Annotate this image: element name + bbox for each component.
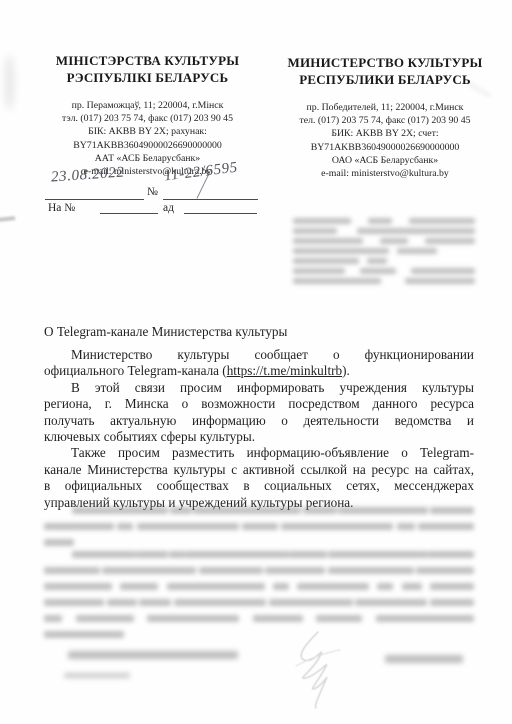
body-line: региона, г. Минска о возможности посредс… — [44, 396, 474, 412]
reply-date-underline — [184, 213, 257, 214]
ministry-title-by: МІНІСТЭРСТВА КУЛЬТУРЫ — [30, 52, 265, 69]
link-prefix-text: официального Telegram-канала ( — [44, 363, 227, 378]
signature-scribble — [266, 626, 366, 710]
handwritten-date: 23.08.2022 — [50, 164, 125, 186]
redacted-paragraph — [44, 507, 474, 555]
address-line: пр. Победителей, 11; 220004, г.Минск — [278, 101, 492, 114]
phone-line: тел. (017) 203 75 74, факс (017) 203 90 … — [278, 114, 492, 127]
body-line: в официальных сообществах в социальных с… — [44, 478, 474, 494]
body-line: получать актуальную информацию о деятель… — [44, 413, 474, 429]
date-underline — [45, 199, 144, 200]
bank-code-line: БІК: AKBB BY 2X; рахунак: — [30, 125, 265, 138]
letterhead-right-address: пр. Победителей, 11; 220004, г.Минск тел… — [278, 101, 492, 180]
address-line: пр. Пераможцаў, 11; 220004, г.Мінск — [30, 99, 265, 112]
body-line: ключевых событиях сферы культуры. — [44, 429, 474, 445]
ministry-title-by-line2: РЭСПУБЛІКІ БЕЛАРУСЬ — [30, 69, 265, 86]
body-line: канале Министерства культуры с активной … — [44, 462, 474, 478]
link-suffix-text: ). — [342, 363, 350, 378]
bank-name-line: ОАО «АСБ Беларусбанк» — [278, 154, 492, 167]
scan-smudge — [5, 55, 14, 110]
reply-date-label: ад — [163, 202, 174, 214]
reply-number-underline — [100, 213, 158, 214]
redacted-signature-contact — [64, 673, 130, 678]
account-number-line: BY71AKBB36049000026690000000 — [30, 139, 265, 152]
body-line-with-link: официального Telegram-канала (https://t.… — [44, 363, 474, 379]
redacted-paragraph — [44, 551, 474, 647]
number-underline — [163, 199, 258, 200]
number-sign-label: № — [147, 186, 158, 198]
telegram-channel-link: https://t.me/minkultrb — [227, 363, 342, 378]
body-line: В этой связи просим информировать учрежд… — [44, 380, 474, 396]
subject-line: О Telegram-канале Министерства культуры — [44, 324, 287, 340]
redacted-signature-name — [385, 655, 463, 663]
redacted-signature-title — [68, 651, 238, 659]
bank-code-line: БИК: AKBB BY 2X; счет: — [278, 127, 492, 140]
ministry-title-ru: МИНИСТЕРСТВО КУЛЬТУРЫ — [278, 54, 492, 71]
letter-body: Министерство культуры сообщает о функцио… — [44, 347, 474, 511]
scanned-letter-page: МІНІСТЭРСТВА КУЛЬТУРЫ РЭСПУБЛІКІ БЕЛАРУС… — [0, 0, 512, 724]
ministry-title-ru-line2: РЕСПУБЛИКИ БЕЛАРУСЬ — [278, 71, 492, 88]
reply-to-number-label: На № — [48, 202, 75, 214]
phone-line: тэл. (017) 203 75 74, факс (017) 203 90 … — [30, 112, 265, 125]
reference-block: 23.08.2022 № 11-22/6595 На № ад — [45, 166, 265, 218]
email-line: e-mail: ministerstvo@kultura.by — [278, 167, 492, 180]
body-line: Также просим разместить информацию-объяв… — [44, 445, 474, 461]
letterhead-left-column: МІНІСТЭРСТВА КУЛЬТУРЫ РЭСПУБЛІКІ БЕЛАРУС… — [30, 52, 265, 178]
letterhead-right-column: МИНИСТЕРСТВО КУЛЬТУРЫ РЕСПУБЛИКИ БЕЛАРУС… — [278, 54, 492, 180]
account-number-line: BY71AKBB36049000026690000000 — [278, 141, 492, 154]
redacted-recipient-block — [293, 218, 475, 288]
scan-smudge — [0, 216, 15, 221]
body-line: Министерство культуры сообщает о функцио… — [44, 347, 474, 363]
